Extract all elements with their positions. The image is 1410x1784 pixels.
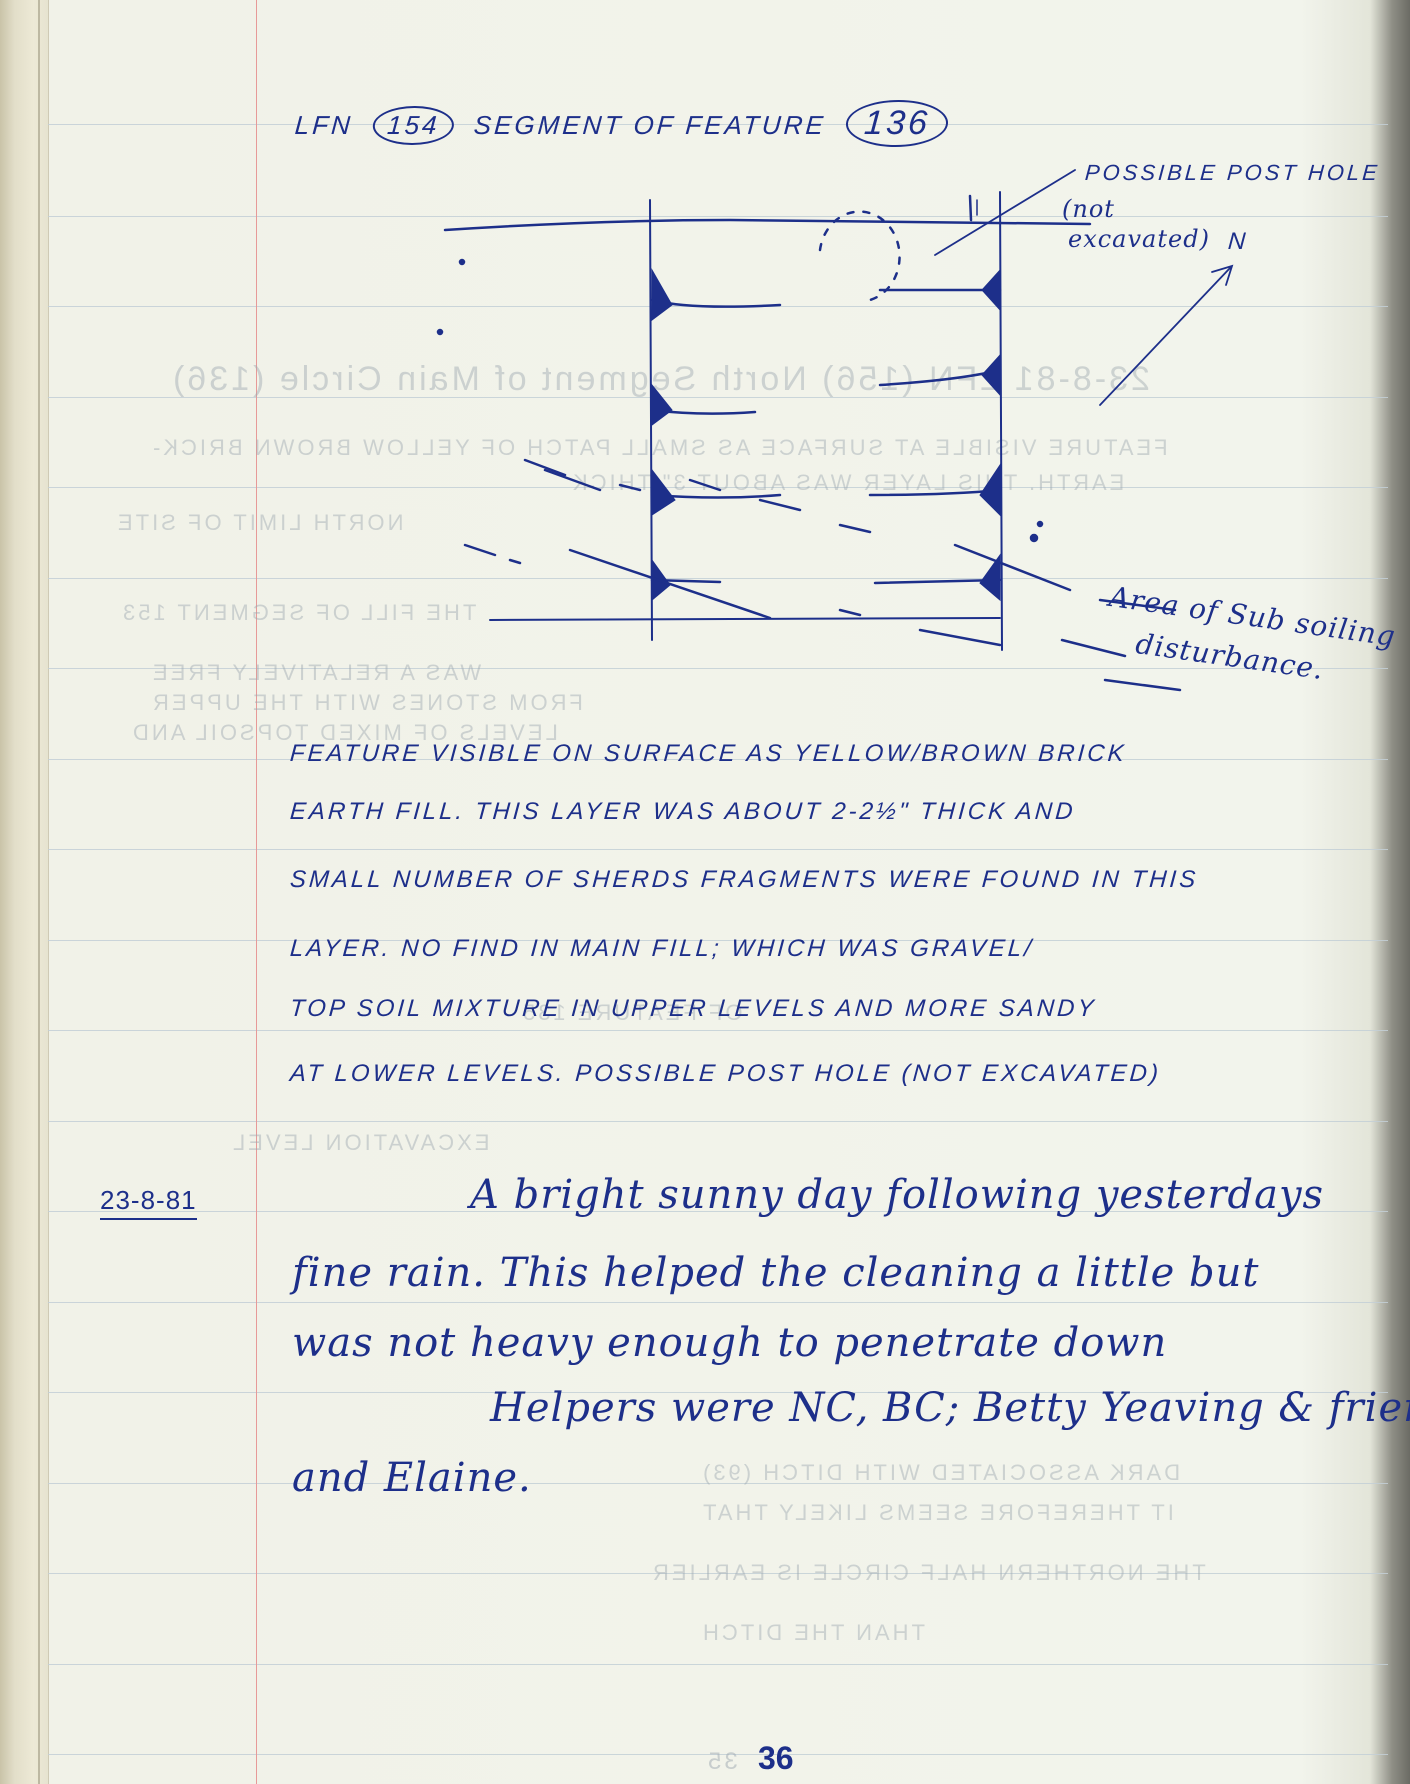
north-label: N <box>1227 228 1249 256</box>
description-line: SMALL NUMBER OF SHERDS FRAGMENTS WERE FO… <box>289 866 1199 894</box>
diary-line: Helpers were NC, BC; Betty Yeaving & fri… <box>490 1385 1410 1431</box>
diary-line: was not heavy enough to penetrate down <box>292 1320 1167 1366</box>
entry-date: 23-8-81 <box>100 1185 197 1220</box>
page-number: 36 <box>758 1740 794 1777</box>
diary-line: and Elaine. <box>292 1455 532 1501</box>
description-line: LAYER. NO FIND IN MAIN FILL; WHICH WAS G… <box>289 935 1035 963</box>
diary-line: fine rain. This helped the cleaning a li… <box>292 1250 1260 1296</box>
diary-line: A bright sunny day following yesterdays <box>470 1172 1324 1218</box>
notebook-page: 23-8-81 LFN (156) North Segment of Main … <box>0 0 1410 1784</box>
description-line: AT LOWER LEVELS. POSSIBLE POST HOLE (NOT… <box>289 1060 1162 1088</box>
post-hole-label-not: (not <box>1062 195 1115 223</box>
description-line: EARTH FILL. THIS LAYER WAS ABOUT 2-2½" T… <box>289 798 1077 826</box>
description-line: FEATURE VISIBLE ON SURFACE AS YELLOW/BRO… <box>289 740 1128 768</box>
post-hole-label-excavated: excavated) <box>1068 225 1210 253</box>
ghost-page-number: 35 <box>705 1748 738 1776</box>
description-line: TOP SOIL MIXTURE IN UPPER LEVELS AND MOR… <box>289 995 1097 1023</box>
post-hole-label: POSSIBLE POST HOLE <box>1084 160 1381 186</box>
